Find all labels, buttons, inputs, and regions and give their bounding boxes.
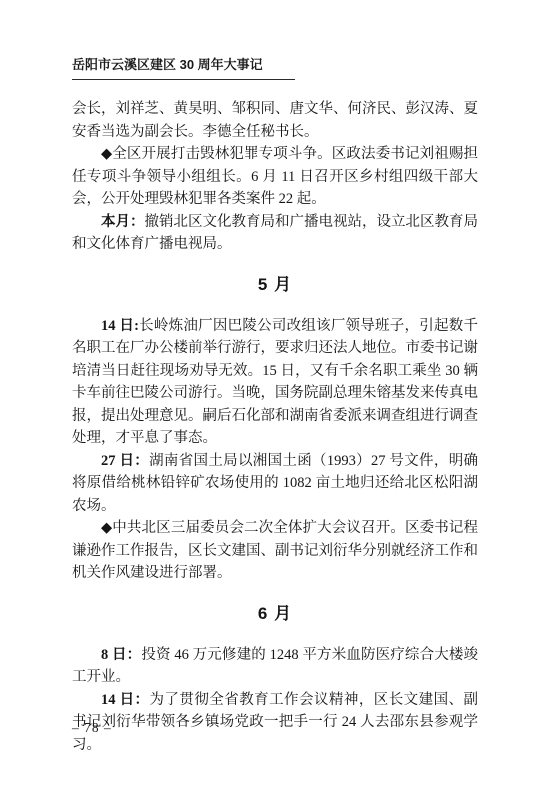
paragraph: 8 日：投资 46 万元修建的 1248 平方米血防医疗综合大楼竣工开业。: [72, 644, 478, 689]
paragraph: ◆中共北区三届委员会二次全体扩大会议召开。区委书记程谦逊作工作报告，区长文建国、…: [72, 517, 478, 585]
paragraph-lead: 本月：: [101, 214, 145, 230]
paragraph: 14 日:长岭炼油厂因巴陵公司改组该厂领导班子，引起数千名职工在厂办公楼前举行游…: [72, 315, 478, 450]
month-heading: 6 月: [72, 601, 478, 627]
paragraph-lead: 27 日：: [101, 453, 149, 469]
paragraph: 27 日：湖南省国土局以湘国土函（1993）27 号文件，明确将原借给桃林铅锌矿…: [72, 450, 478, 518]
paragraph-lead: 14 日:: [101, 318, 139, 334]
book-page: 岳阳市云溪区建区 30 周年大事记 会长，刘祥芝、黄昊明、邹积同、唐文华、何济民…: [0, 0, 548, 793]
page-content: 岳阳市云溪区建区 30 周年大事记 会长，刘祥芝、黄昊明、邹积同、唐文华、何济民…: [72, 54, 478, 756]
page-number: – 78 –: [72, 720, 112, 736]
running-header-title: 岳阳市云溪区建区 30 周年大事记: [72, 54, 295, 80]
paragraph: 14 日：为了贯彻全省教育工作会议精神，区长文建国、副书记刘衍华带领各乡镇场党政…: [72, 689, 478, 757]
paragraph: ◆全区开展打击毁林犯罪专项斗争。区政法委书记刘祖赐担任专项斗争领导小组组长。6 …: [72, 143, 478, 211]
running-header: 岳阳市云溪区建区 30 周年大事记: [72, 54, 478, 80]
paragraph-lead: 14 日：: [101, 692, 149, 708]
paragraph: 本月：撤销北区文化教育局和广播电视站，设立北区教育局和文化体育广播电视局。: [72, 211, 478, 256]
paragraph: 会长，刘祥芝、黄昊明、邹积同、唐文华、何济民、彭汉涛、夏安香当选为副会长。李德全…: [72, 98, 478, 143]
paragraph-lead: 8 日：: [101, 647, 141, 663]
document-body: 会长，刘祥芝、黄昊明、邹积同、唐文华、何济民、彭汉涛、夏安香当选为副会长。李德全…: [72, 98, 478, 756]
month-heading: 5 月: [72, 272, 478, 298]
